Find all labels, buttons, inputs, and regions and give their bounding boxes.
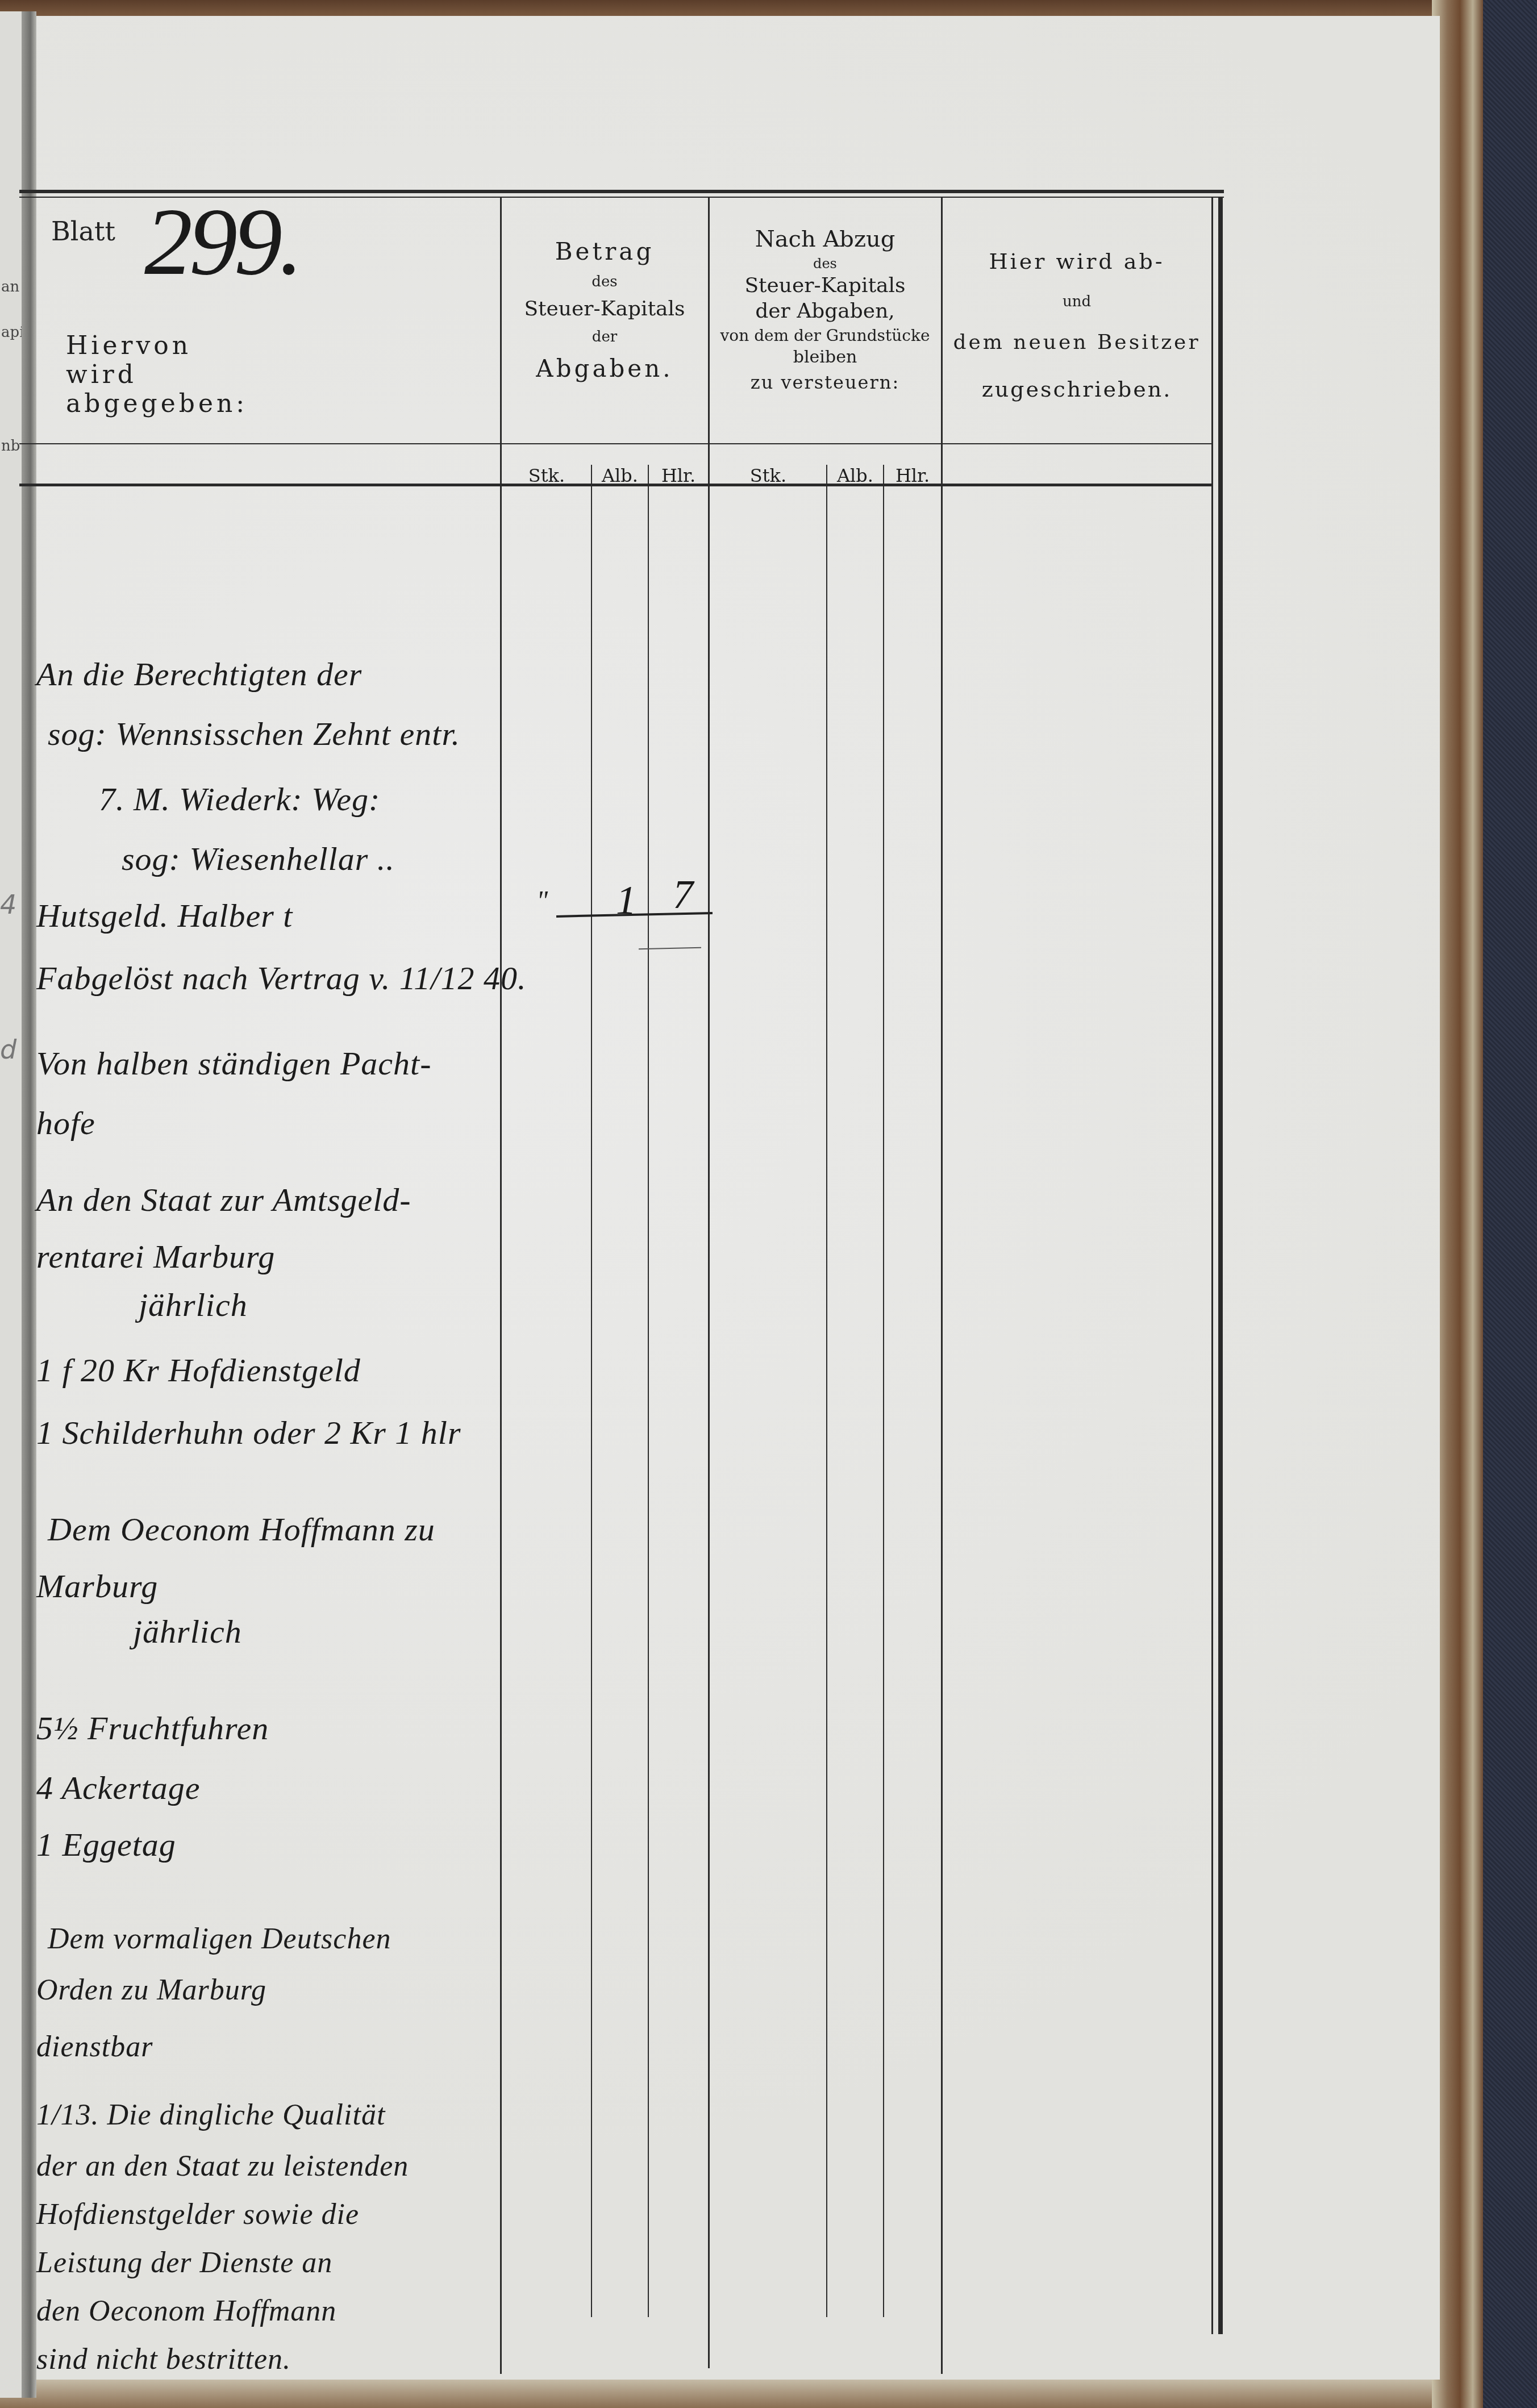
entry-line: rentarei Marburg bbox=[36, 1238, 275, 1276]
col4-header: Hier wird ab- und dem neuen Besitzer zug… bbox=[943, 249, 1210, 402]
prev-page-fragment: api bbox=[1, 324, 24, 341]
header-line: des bbox=[710, 256, 940, 272]
ledger-page: Blatt 299. Hiervon wird abgegeben: Betra… bbox=[36, 16, 1440, 2380]
entry-line: jährlich bbox=[139, 1286, 248, 1324]
entry-line: An den Staat zur Amtsgeld- bbox=[36, 1181, 411, 1219]
entry-line: Hofdienstgelder sowie die bbox=[36, 2198, 359, 2231]
amount-stk: " bbox=[536, 885, 548, 916]
subcol-divider bbox=[826, 465, 827, 2317]
prev-page-fragment: an bbox=[1, 278, 19, 295]
subcol-divider bbox=[591, 465, 592, 2317]
header-line: zugeschrieben. bbox=[943, 377, 1210, 402]
entry-line: Dem vormaligen Deutschen bbox=[48, 1922, 391, 1956]
dark-backdrop bbox=[1474, 0, 1537, 2408]
binding-top-edge bbox=[0, 0, 1477, 17]
entry-line: 4 Ackertage bbox=[36, 1769, 201, 1807]
entry-line: 5½ Fruchtfuhren bbox=[36, 1709, 269, 1747]
header-line: Hier wird ab- bbox=[943, 249, 1210, 274]
entry-line: jährlich bbox=[133, 1613, 242, 1651]
amount-alb: 1 bbox=[616, 877, 636, 924]
subheader-stk: Stk. bbox=[502, 465, 591, 486]
subheader-hlr: Hlr. bbox=[649, 465, 708, 486]
subcol-divider bbox=[648, 465, 649, 2317]
header-line: Steuer-Kapitals bbox=[502, 297, 707, 320]
header-line: Nach Abzug bbox=[710, 226, 940, 252]
subheader-alb: Alb. bbox=[827, 465, 883, 486]
header-line: Abgaben. bbox=[502, 355, 707, 382]
pencil-mark: d bbox=[0, 1034, 16, 1065]
col-divider bbox=[708, 198, 710, 2368]
entry-line: Leistung der Dienste an bbox=[36, 2246, 332, 2280]
entry-line: Orden zu Marburg bbox=[36, 1973, 266, 2007]
blatt-number: 299. bbox=[144, 186, 300, 297]
pencil-mark: 4 bbox=[0, 889, 16, 920]
col-divider bbox=[500, 198, 502, 2374]
entry-line: 1 Schilderhuhn oder 2 Kr 1 hlr bbox=[36, 1414, 461, 1452]
entry-line: 1 f 20 Kr Hofdienstgeld bbox=[36, 1351, 361, 1389]
entry-line: den Oeconom Hoffmann bbox=[36, 2294, 336, 2328]
header-line: von dem der Grundstücke bbox=[710, 326, 940, 345]
entry-line: sog: Wennsisschen Zehnt entr. bbox=[48, 715, 460, 753]
header-line: dem neuen Besitzer bbox=[943, 331, 1210, 354]
entry-line: hofe bbox=[36, 1104, 95, 1142]
entry-line: Von halben ständigen Pacht- bbox=[36, 1044, 432, 1082]
entry-line: Fabgelöst nach Vertrag v. 11/12 40. bbox=[36, 959, 526, 997]
entry-line: sog: Wiesenhellar .. bbox=[122, 840, 395, 878]
right-frame-thin bbox=[1211, 198, 1213, 2334]
subheader-stk: Stk. bbox=[710, 465, 826, 486]
header-line: zu versteuern: bbox=[710, 372, 940, 393]
amount-hlr: 7 bbox=[673, 871, 693, 918]
col2-header: Betrag des Steuer-Kapitals der Abgaben. bbox=[502, 238, 707, 382]
header-line: bleiben bbox=[710, 347, 940, 367]
header-line: Steuer-Kapitals bbox=[710, 274, 940, 297]
subcol-divider bbox=[883, 465, 884, 2317]
entry-line: 7. M. Wiederk: Weg: bbox=[99, 780, 380, 818]
entry-line: 1 Eggetag bbox=[36, 1826, 176, 1864]
entry-line: Marburg bbox=[36, 1567, 158, 1605]
entry-line: dienstbar bbox=[36, 2030, 153, 2064]
entry-line: Dem Oeconom Hoffmann zu bbox=[48, 1510, 435, 1548]
previous-page-edge: an api nb. 4 d bbox=[0, 11, 23, 2398]
col3-header: Nach Abzug des Steuer-Kapitals der Abgab… bbox=[710, 226, 940, 393]
col1-header: Hiervon wird abgegeben: bbox=[66, 331, 248, 418]
header-rule bbox=[19, 443, 1213, 444]
entry-line: 1/13. Die dingliche Qualität bbox=[36, 2098, 385, 2132]
header-line: der bbox=[502, 328, 707, 345]
col-divider bbox=[941, 198, 943, 2374]
book-gutter bbox=[22, 11, 36, 2398]
blatt-label: Blatt bbox=[51, 216, 115, 247]
right-frame-thick bbox=[1218, 198, 1223, 2334]
header-line: der Abgaben, bbox=[710, 299, 940, 323]
entry-line: An die Berechtigten der bbox=[36, 655, 362, 693]
binding-bottom-edge bbox=[0, 2375, 1477, 2408]
subheader-alb: Alb. bbox=[592, 465, 648, 486]
header-line: des bbox=[502, 273, 707, 290]
entry-line: der an den Staat zu leistenden bbox=[36, 2149, 409, 2183]
header-line: Betrag bbox=[502, 238, 707, 265]
header-line: und bbox=[943, 293, 1210, 310]
subheader-hlr: Hlr. bbox=[884, 465, 941, 486]
entry-line: sind nicht bestritten. bbox=[36, 2343, 291, 2376]
entry-line: Hutsgeld. Halber t bbox=[36, 897, 293, 935]
